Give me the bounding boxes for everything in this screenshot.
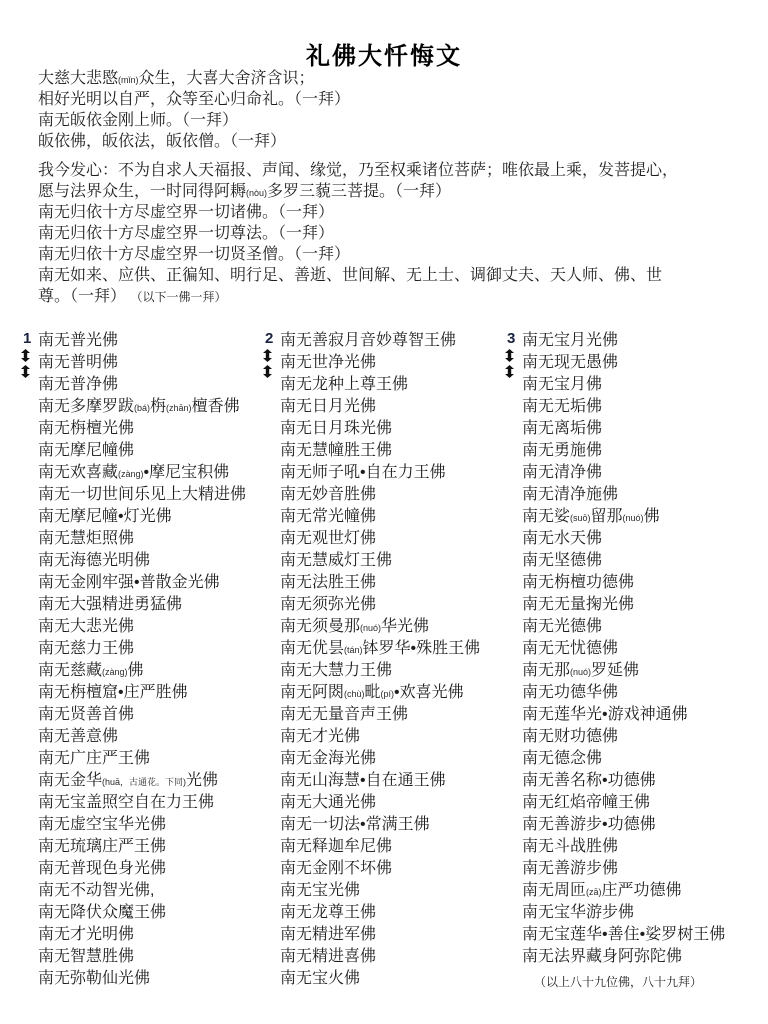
text-run: 相好光明以自严，众等至心归命礼。（一拜） bbox=[38, 91, 350, 108]
text-run: 南无山海慧•自在通王佛 bbox=[280, 772, 446, 789]
text-run: 南无善寂月音妙尊智王佛 bbox=[280, 332, 456, 349]
buddha-name-item: 南无大悲光佛 bbox=[38, 616, 280, 638]
text-line: 南无归依十方尽虚空界一切贤圣僧。（一拜） bbox=[38, 244, 742, 265]
buddha-name-item: 南无慈藏(zàng)佛 bbox=[38, 660, 280, 682]
text-run: 南无观世灯佛 bbox=[280, 530, 376, 547]
text-run: 南无离垢佛 bbox=[522, 420, 602, 437]
buddha-name-item: 南无广庄严王佛 bbox=[38, 748, 280, 770]
text-run: 南无常光幢佛 bbox=[280, 508, 376, 525]
buddha-name-item: 南无阿閦(chù)毗(pí)•欢喜光佛 bbox=[280, 682, 522, 704]
buddha-name-item: 南无大慧力王佛 bbox=[280, 660, 522, 682]
text-run: 南无勇施佛 bbox=[522, 442, 602, 459]
buddha-name-item: 南无精进喜佛 bbox=[280, 946, 522, 968]
text-run: 南无日月光佛 bbox=[280, 398, 376, 415]
text-run: 南无宝盖照空自在力王佛 bbox=[38, 794, 214, 811]
text-run: 南无善游步佛 bbox=[522, 860, 618, 877]
text-run: 栴 bbox=[150, 398, 166, 415]
text-run: 南无摩尼幢•灯光佛 bbox=[38, 508, 172, 525]
buddha-name-item: 南无普光佛 bbox=[38, 330, 280, 352]
text-run: 南无师子吼•自在力王佛 bbox=[280, 464, 446, 481]
buddha-name-item: 南无法界藏身阿弥陀佛 bbox=[522, 946, 764, 968]
text-run: 南无莲华光•游戏神通佛 bbox=[522, 706, 688, 723]
buddha-name-item: 南无欢喜藏(zàng)•摩尼宝积佛 bbox=[38, 462, 280, 484]
pinyin-annotation: (suō) bbox=[570, 513, 591, 523]
text-run: 南无大通光佛 bbox=[280, 794, 376, 811]
buddha-column-3: 3南无宝月光佛南无现无愚佛南无宝月佛南无无垢佛南无离垢佛南无勇施佛南无清净佛南无… bbox=[522, 330, 764, 993]
text-line: 皈依佛，皈依法，皈依僧。（一拜） bbox=[38, 131, 742, 152]
buddha-name-item: 南无宝光佛 bbox=[280, 880, 522, 902]
text-line: 南无归依十方尽虚空界一切尊法。（一拜） bbox=[38, 223, 742, 244]
pinyin-annotation: (zā) bbox=[586, 887, 602, 897]
text-run: 南无法胜王佛 bbox=[280, 574, 376, 591]
column-marker: 1 bbox=[20, 331, 36, 378]
buddha-name-item: 南无宝月佛 bbox=[522, 374, 764, 396]
buddha-name-item: 南无光德佛 bbox=[522, 616, 764, 638]
buddha-name-item: 南无才光佛 bbox=[280, 726, 522, 748]
text-run: 南无法界藏身阿弥陀佛 bbox=[522, 948, 682, 965]
pinyin-annotation: (pí) bbox=[381, 689, 395, 699]
text-run: 南无金刚不坏佛 bbox=[280, 860, 392, 877]
text-run: 南无慧威灯王佛 bbox=[280, 552, 392, 569]
text-run: 毗 bbox=[365, 684, 381, 701]
text-run: 南无大慧力王佛 bbox=[280, 662, 392, 679]
buddha-name-item: 南无那(nuó)罗延佛 bbox=[522, 660, 764, 682]
text-run: 南无功德华佛 bbox=[522, 684, 618, 701]
text-run: 南无无忧德佛 bbox=[522, 640, 618, 657]
text-line: 尊。（一拜） （以下一佛一拜） bbox=[38, 286, 742, 307]
text-run: 南无精进军佛 bbox=[280, 926, 376, 943]
text-run: 南无世净光佛 bbox=[280, 354, 376, 371]
text-run: 南无宝华游步佛 bbox=[522, 904, 634, 921]
text-line: 南无如来、应供、正徧知、明行足、善逝、世间解、无上士、调御丈夫、天人师、佛、世 bbox=[38, 265, 742, 286]
pinyin-annotation: (zhān) bbox=[166, 403, 192, 413]
pinyin-annotation: (nuó) bbox=[623, 513, 644, 523]
buddha-name-item: 南无观世灯佛 bbox=[280, 528, 522, 550]
text-run: 南无才光佛 bbox=[280, 728, 360, 745]
text-line: 愿与法界众生，一时同得阿耨(nòu)多罗三藐三菩提。（一拜） bbox=[38, 181, 742, 202]
buddha-name-item: 南无琉璃庄严王佛 bbox=[38, 836, 280, 858]
buddha-name-item: 南无无量音声王佛 bbox=[280, 704, 522, 726]
buddha-name-item: 南无勇施佛 bbox=[522, 440, 764, 462]
text-run: 南无斗战胜佛 bbox=[522, 838, 618, 855]
buddha-name-item: 南无红焰帝幢王佛 bbox=[522, 792, 764, 814]
buddha-name-item: 南无妙音胜佛 bbox=[280, 484, 522, 506]
preamble-section: 大慈大悲愍(mǐn)众生，大喜大舍济含识；相好光明以自严，众等至心归命礼。（一拜… bbox=[38, 68, 742, 152]
text-run: 南无龙种上尊王佛 bbox=[280, 376, 408, 393]
double-vertical-arrow-icon bbox=[263, 349, 272, 362]
buddha-name-item: 南无清净佛 bbox=[522, 462, 764, 484]
text-run: 大慈大悲愍 bbox=[38, 70, 118, 87]
buddha-name-item: 南无金海光佛 bbox=[280, 748, 522, 770]
text-run: 南无摩尼幢佛 bbox=[38, 442, 134, 459]
double-vertical-arrow-icon bbox=[21, 365, 30, 378]
text-run: 庄严功德佛 bbox=[602, 882, 682, 899]
buddha-name-item: 南无慧幢胜王佛 bbox=[280, 440, 522, 462]
buddha-name-item: 南无金华(huā，古通花。下同)光佛 bbox=[38, 770, 280, 792]
buddha-name-item: 南无离垢佛 bbox=[522, 418, 764, 440]
pinyin-annotation: (bá) bbox=[134, 403, 150, 413]
buddha-name-item: 南无智慧胜佛 bbox=[38, 946, 280, 968]
pinyin-annotation: (huā，古通花。下同) bbox=[102, 777, 186, 787]
buddha-name-item: 南无善名称•功德佛 bbox=[522, 770, 764, 792]
buddha-name-item: 南无贤善首佛 bbox=[38, 704, 280, 726]
text-run: 南无栴檀光佛 bbox=[38, 420, 134, 437]
text-run: 南无慧炬照佛 bbox=[38, 530, 134, 547]
text-run: 南无大悲光佛 bbox=[38, 618, 134, 635]
text-run: 愿与法界众生，一时同得阿耨 bbox=[38, 183, 246, 200]
text-run: 南无一切世间乐见上大精进佛 bbox=[38, 486, 246, 503]
buddha-name-item: 南无世净光佛 bbox=[280, 352, 522, 374]
buddha-name-item: 南无宝华游步佛 bbox=[522, 902, 764, 924]
column-number: 2 bbox=[262, 331, 273, 346]
text-run: 众生，大喜大舍济含识； bbox=[139, 70, 315, 87]
buddha-name-item: 南无财功德佛 bbox=[522, 726, 764, 748]
text-run: 南无欢喜藏 bbox=[38, 464, 118, 481]
text-run: 罗延佛 bbox=[591, 662, 639, 679]
buddha-name-item: 南无斗战胜佛 bbox=[522, 836, 764, 858]
column-marker: 3 bbox=[504, 331, 520, 378]
text-run: 光佛 bbox=[186, 772, 218, 789]
text-run: 南无金海光佛 bbox=[280, 750, 376, 767]
text-run: 南无金刚牢强•普散金光佛 bbox=[38, 574, 220, 591]
buddha-name-item: 南无水天佛 bbox=[522, 528, 764, 550]
text-run: 南无多摩罗跋 bbox=[38, 398, 134, 415]
buddha-name-item: 南无慧炬照佛 bbox=[38, 528, 280, 550]
text-run: 我今发心：不为自求人天福报、声闻、缘觉，乃至权乘诸位菩萨；唯依最上乘，发菩提心， bbox=[38, 162, 678, 179]
text-run: 南无虚空宝华光佛 bbox=[38, 816, 166, 833]
text-run: 华光佛 bbox=[381, 618, 429, 635]
text-run: 南无善名称•功德佛 bbox=[522, 772, 656, 789]
buddha-name-item: 南无慧威灯王佛 bbox=[280, 550, 522, 572]
text-run: 南无皈依金刚上师。（一拜） bbox=[38, 112, 238, 129]
buddha-name-item: 南无善游步佛 bbox=[522, 858, 764, 880]
buddha-name-item: 南无释迦牟尼佛 bbox=[280, 836, 522, 858]
text-run: 南无释迦牟尼佛 bbox=[280, 838, 392, 855]
text-run: 南无红焰帝幢王佛 bbox=[522, 794, 650, 811]
buddha-name-item: 南无金刚牢强•普散金光佛 bbox=[38, 572, 280, 594]
text-run: 南无智慧胜佛 bbox=[38, 948, 134, 965]
buddha-name-item: 南无一切法•常满王佛 bbox=[280, 814, 522, 836]
column-number: 1 bbox=[20, 331, 31, 346]
buddha-name-item: 南无多摩罗跋(bá)栴(zhān)檀香佛 bbox=[38, 396, 280, 418]
buddha-name-item: 南无山海慧•自在通王佛 bbox=[280, 770, 522, 792]
text-run: 钵罗华•殊胜王佛 bbox=[363, 640, 481, 657]
buddha-name-item: 南无莲华光•游戏神通佛 bbox=[522, 704, 764, 726]
buddha-name-item: 南无龙种上尊王佛 bbox=[280, 374, 522, 396]
buddha-column-2: 2南无善寂月音妙尊智王佛南无世净光佛南无龙种上尊王佛南无日月光佛南无日月珠光佛南… bbox=[280, 330, 522, 993]
buddha-name-item: 南无虚空宝华光佛 bbox=[38, 814, 280, 836]
text-run: 檀香佛 bbox=[192, 398, 240, 415]
buddha-name-item: 南无普明佛 bbox=[38, 352, 280, 374]
text-run: 佛 bbox=[644, 508, 660, 525]
text-run: 南无宝光佛 bbox=[280, 882, 360, 899]
buddha-name-item: 南无不动智光佛, bbox=[38, 880, 280, 902]
text-run: 南无如来、应供、正徧知、明行足、善逝、世间解、无上士、调御丈夫、天人师、佛、世 bbox=[38, 267, 662, 284]
buddha-name-item: 南无娑(suō)留那(nuó)佛 bbox=[522, 506, 764, 528]
text-run: 南无一切法•常满王佛 bbox=[280, 816, 430, 833]
text-run: 南无优昙 bbox=[280, 640, 344, 657]
text-run: 南无清净施佛 bbox=[522, 486, 618, 503]
text-run: 南无弥勒仙光佛 bbox=[38, 970, 150, 987]
text-run: 皈依佛，皈依法，皈依僧。（一拜） bbox=[38, 133, 286, 150]
per-buddha-bow-note: （以下一佛一拜） bbox=[130, 290, 226, 304]
text-run: 南无大强精进勇猛佛 bbox=[38, 596, 182, 613]
buddha-name-item: 南无摩尼幢佛 bbox=[38, 440, 280, 462]
text-run: 留那 bbox=[591, 508, 623, 525]
buddha-name-item: 南无清净施佛 bbox=[522, 484, 764, 506]
buddha-name-item: 南无降伏众魔王佛 bbox=[38, 902, 280, 924]
text-run: 南无才光明佛 bbox=[38, 926, 134, 943]
pinyin-annotation: (zàng) bbox=[118, 469, 144, 479]
text-run: 南无普净佛 bbox=[38, 376, 118, 393]
column-marker: 2 bbox=[262, 331, 278, 378]
text-line: 我今发心：不为自求人天福报、声闻、缘觉，乃至权乘诸位菩萨；唯依最上乘，发菩提心， bbox=[38, 160, 742, 181]
text-line: 大慈大悲愍(mǐn)众生，大喜大舍济含识； bbox=[38, 68, 742, 89]
text-run: •摩尼宝积佛 bbox=[144, 464, 230, 481]
page-title: 礼佛大忏悔文 bbox=[0, 36, 768, 71]
text-run: 南无德念佛 bbox=[522, 750, 602, 767]
text-run: 南无善意佛 bbox=[38, 728, 118, 745]
buddha-name-item: 南无一切世间乐见上大精进佛 bbox=[38, 484, 280, 506]
text-run: 南无贤善首佛 bbox=[38, 706, 134, 723]
pinyin-annotation: (chù) bbox=[344, 689, 365, 699]
text-run: 南无归依十方尽虚空界一切诸佛。（一拜） bbox=[38, 204, 334, 221]
buddha-name-item: 南无金刚不坏佛 bbox=[280, 858, 522, 880]
buddha-name-item: 南无须曼那(nuó)华光佛 bbox=[280, 616, 522, 638]
text-run: 南无娑 bbox=[522, 508, 570, 525]
buddha-name-item: 南无无量掬光佛 bbox=[522, 594, 764, 616]
pinyin-annotation: (tán) bbox=[344, 645, 363, 655]
buddha-name-item: 南无法胜王佛 bbox=[280, 572, 522, 594]
buddha-name-item: 南无大通光佛 bbox=[280, 792, 522, 814]
buddha-name-item: 南无日月光佛 bbox=[280, 396, 522, 418]
buddha-name-item: 南无善寂月音妙尊智王佛 bbox=[280, 330, 522, 352]
buddha-name-item: 南无宝莲华•善住•娑罗树王佛 bbox=[522, 924, 764, 946]
text-line: 南无皈依金刚上师。（一拜） bbox=[38, 110, 742, 131]
buddha-name-item: 南无才光明佛 bbox=[38, 924, 280, 946]
text-run: 南无善游步•功德佛 bbox=[522, 816, 656, 833]
buddha-name-item: 南无优昙(tán)钵罗华•殊胜王佛 bbox=[280, 638, 522, 660]
buddha-name-item: 南无常光幢佛 bbox=[280, 506, 522, 528]
buddha-name-item: 南无坚德佛 bbox=[522, 550, 764, 572]
text-run: 南无周匝 bbox=[522, 882, 586, 899]
text-run: 南无光德佛 bbox=[522, 618, 602, 635]
buddha-name-item: 南无摩尼幢•灯光佛 bbox=[38, 506, 280, 528]
text-run: 南无归依十方尽虚空界一切尊法。（一拜） bbox=[38, 225, 334, 242]
buddha-name-item: 南无宝月光佛 bbox=[522, 330, 764, 352]
text-run: 南无宝月佛 bbox=[522, 376, 602, 393]
buddha-name-item: 南无海德光明佛 bbox=[38, 550, 280, 572]
text-run: 佛 bbox=[128, 662, 144, 679]
text-run: 南无栴檀功德佛 bbox=[522, 574, 634, 591]
buddha-name-item: 南无周匝(zā)庄严功德佛 bbox=[522, 880, 764, 902]
text-run: 南无普明佛 bbox=[38, 354, 118, 371]
text-run: 南无宝月光佛 bbox=[522, 332, 618, 349]
buddha-name-item: 南无现无愚佛 bbox=[522, 352, 764, 374]
buddha-name-item: 南无善游步•功德佛 bbox=[522, 814, 764, 836]
text-run: 南无慈藏 bbox=[38, 662, 102, 679]
text-run: 南无无垢佛 bbox=[522, 398, 602, 415]
buddha-name-item: 南无栴檀功德佛 bbox=[522, 572, 764, 594]
buddha-name-item: 南无普净佛 bbox=[38, 374, 280, 396]
text-run: 南无水天佛 bbox=[522, 530, 602, 547]
pinyin-annotation: (nuó) bbox=[570, 667, 591, 677]
double-vertical-arrow-icon bbox=[263, 365, 272, 378]
text-run: 南无日月珠光佛 bbox=[280, 420, 392, 437]
text-run: 南无海德光明佛 bbox=[38, 552, 150, 569]
text-run: 南无广庄严王佛 bbox=[38, 750, 150, 767]
buddha-name-columns: 1南无普光佛南无普明佛南无普净佛南无多摩罗跋(bá)栴(zhān)檀香佛南无栴檀… bbox=[38, 330, 764, 993]
text-run: 南无坚德佛 bbox=[522, 552, 602, 569]
text-run: •欢喜光佛 bbox=[394, 684, 464, 701]
buddha-name-item: 南无龙尊王佛 bbox=[280, 902, 522, 924]
double-vertical-arrow-icon bbox=[505, 349, 514, 362]
buddha-name-item: 南无师子吼•自在力王佛 bbox=[280, 462, 522, 484]
text-run: 南无财功德佛 bbox=[522, 728, 618, 745]
buddha-name-item: 南无功德华佛 bbox=[522, 682, 764, 704]
column-number: 3 bbox=[504, 331, 515, 346]
buddha-name-item: 南无普现色身光佛 bbox=[38, 858, 280, 880]
buddha-name-item: 南无日月珠光佛 bbox=[280, 418, 522, 440]
buddha-name-item: 南无慈力王佛 bbox=[38, 638, 280, 660]
text-run: 南无不动智光佛, bbox=[38, 882, 154, 899]
text-run: 南无现无愚佛 bbox=[522, 354, 618, 371]
pinyin-annotation: (nuó) bbox=[360, 623, 381, 633]
text-run: 南无栴檀窟•庄严胜佛 bbox=[38, 684, 188, 701]
total-bows-footnote: （以上八十九位佛，八十九拜） bbox=[522, 971, 764, 993]
text-run: 南无无量掬光佛 bbox=[522, 596, 634, 613]
buddha-column-1: 1南无普光佛南无普明佛南无普净佛南无多摩罗跋(bá)栴(zhān)檀香佛南无栴檀… bbox=[38, 330, 280, 993]
text-run: 南无精进喜佛 bbox=[280, 948, 376, 965]
text-run: 南无降伏众魔王佛 bbox=[38, 904, 166, 921]
double-vertical-arrow-icon bbox=[21, 349, 30, 362]
double-vertical-arrow-icon bbox=[505, 365, 514, 378]
text-run: 南无慈力王佛 bbox=[38, 640, 134, 657]
text-run: 南无归依十方尽虚空界一切贤圣僧。（一拜） bbox=[38, 246, 350, 263]
pinyin-annotation: (nòu) bbox=[246, 188, 267, 198]
buddha-name-item: 南无栴檀窟•庄严胜佛 bbox=[38, 682, 280, 704]
text-run: 多罗三藐三菩提。（一拜） bbox=[267, 183, 451, 200]
text-line: 南无归依十方尽虚空界一切诸佛。（一拜） bbox=[38, 202, 742, 223]
buddha-name-item: 南无德念佛 bbox=[522, 748, 764, 770]
buddha-name-item: 南无大强精进勇猛佛 bbox=[38, 594, 280, 616]
buddha-name-item: 南无精进军佛 bbox=[280, 924, 522, 946]
text-run: 南无须弥光佛 bbox=[280, 596, 376, 613]
buddha-name-item: 南无无垢佛 bbox=[522, 396, 764, 418]
tathagata-line-end: 尊。（一拜） bbox=[38, 288, 126, 305]
text-run: 南无阿閦 bbox=[280, 684, 344, 701]
text-run: 南无琉璃庄严王佛 bbox=[38, 838, 166, 855]
buddha-name-item: 南无弥勒仙光佛 bbox=[38, 968, 280, 990]
pinyin-annotation: (zàng) bbox=[102, 667, 128, 677]
text-run: 南无慧幢胜王佛 bbox=[280, 442, 392, 459]
text-line: 相好光明以自严，众等至心归命礼。（一拜） bbox=[38, 89, 742, 110]
vow-section: 我今发心：不为自求人天福报、声闻、缘觉，乃至权乘诸位菩萨；唯依最上乘，发菩提心，… bbox=[38, 160, 742, 307]
buddha-name-item: 南无宝火佛 bbox=[280, 968, 522, 990]
text-run: 南无宝莲华•善住•娑罗树王佛 bbox=[522, 926, 725, 943]
text-run: 南无宝火佛 bbox=[280, 970, 360, 987]
buddha-name-item: 南无须弥光佛 bbox=[280, 594, 522, 616]
document-page: 礼佛大忏悔文 大慈大悲愍(mǐn)众生，大喜大舍济含识；相好光明以自严，众等至心… bbox=[0, 0, 768, 1024]
text-run: 南无须曼那 bbox=[280, 618, 360, 635]
text-run: 南无普光佛 bbox=[38, 332, 118, 349]
buddha-name-item: 南无善意佛 bbox=[38, 726, 280, 748]
text-run: 南无无量音声王佛 bbox=[280, 706, 408, 723]
pinyin-annotation: (mǐn) bbox=[118, 75, 139, 85]
text-run: 南无妙音胜佛 bbox=[280, 486, 376, 503]
buddha-name-item: 南无栴檀光佛 bbox=[38, 418, 280, 440]
text-run: 南无那 bbox=[522, 662, 570, 679]
text-run: 南无清净佛 bbox=[522, 464, 602, 481]
text-run: 南无普现色身光佛 bbox=[38, 860, 166, 877]
text-run: 南无金华 bbox=[38, 772, 102, 789]
text-run: 南无龙尊王佛 bbox=[280, 904, 376, 921]
buddha-name-item: 南无无忧德佛 bbox=[522, 638, 764, 660]
vow-lines: 我今发心：不为自求人天福报、声闻、缘觉，乃至权乘诸位菩萨；唯依最上乘，发菩提心，… bbox=[38, 160, 742, 286]
buddha-name-item: 南无宝盖照空自在力王佛 bbox=[38, 792, 280, 814]
